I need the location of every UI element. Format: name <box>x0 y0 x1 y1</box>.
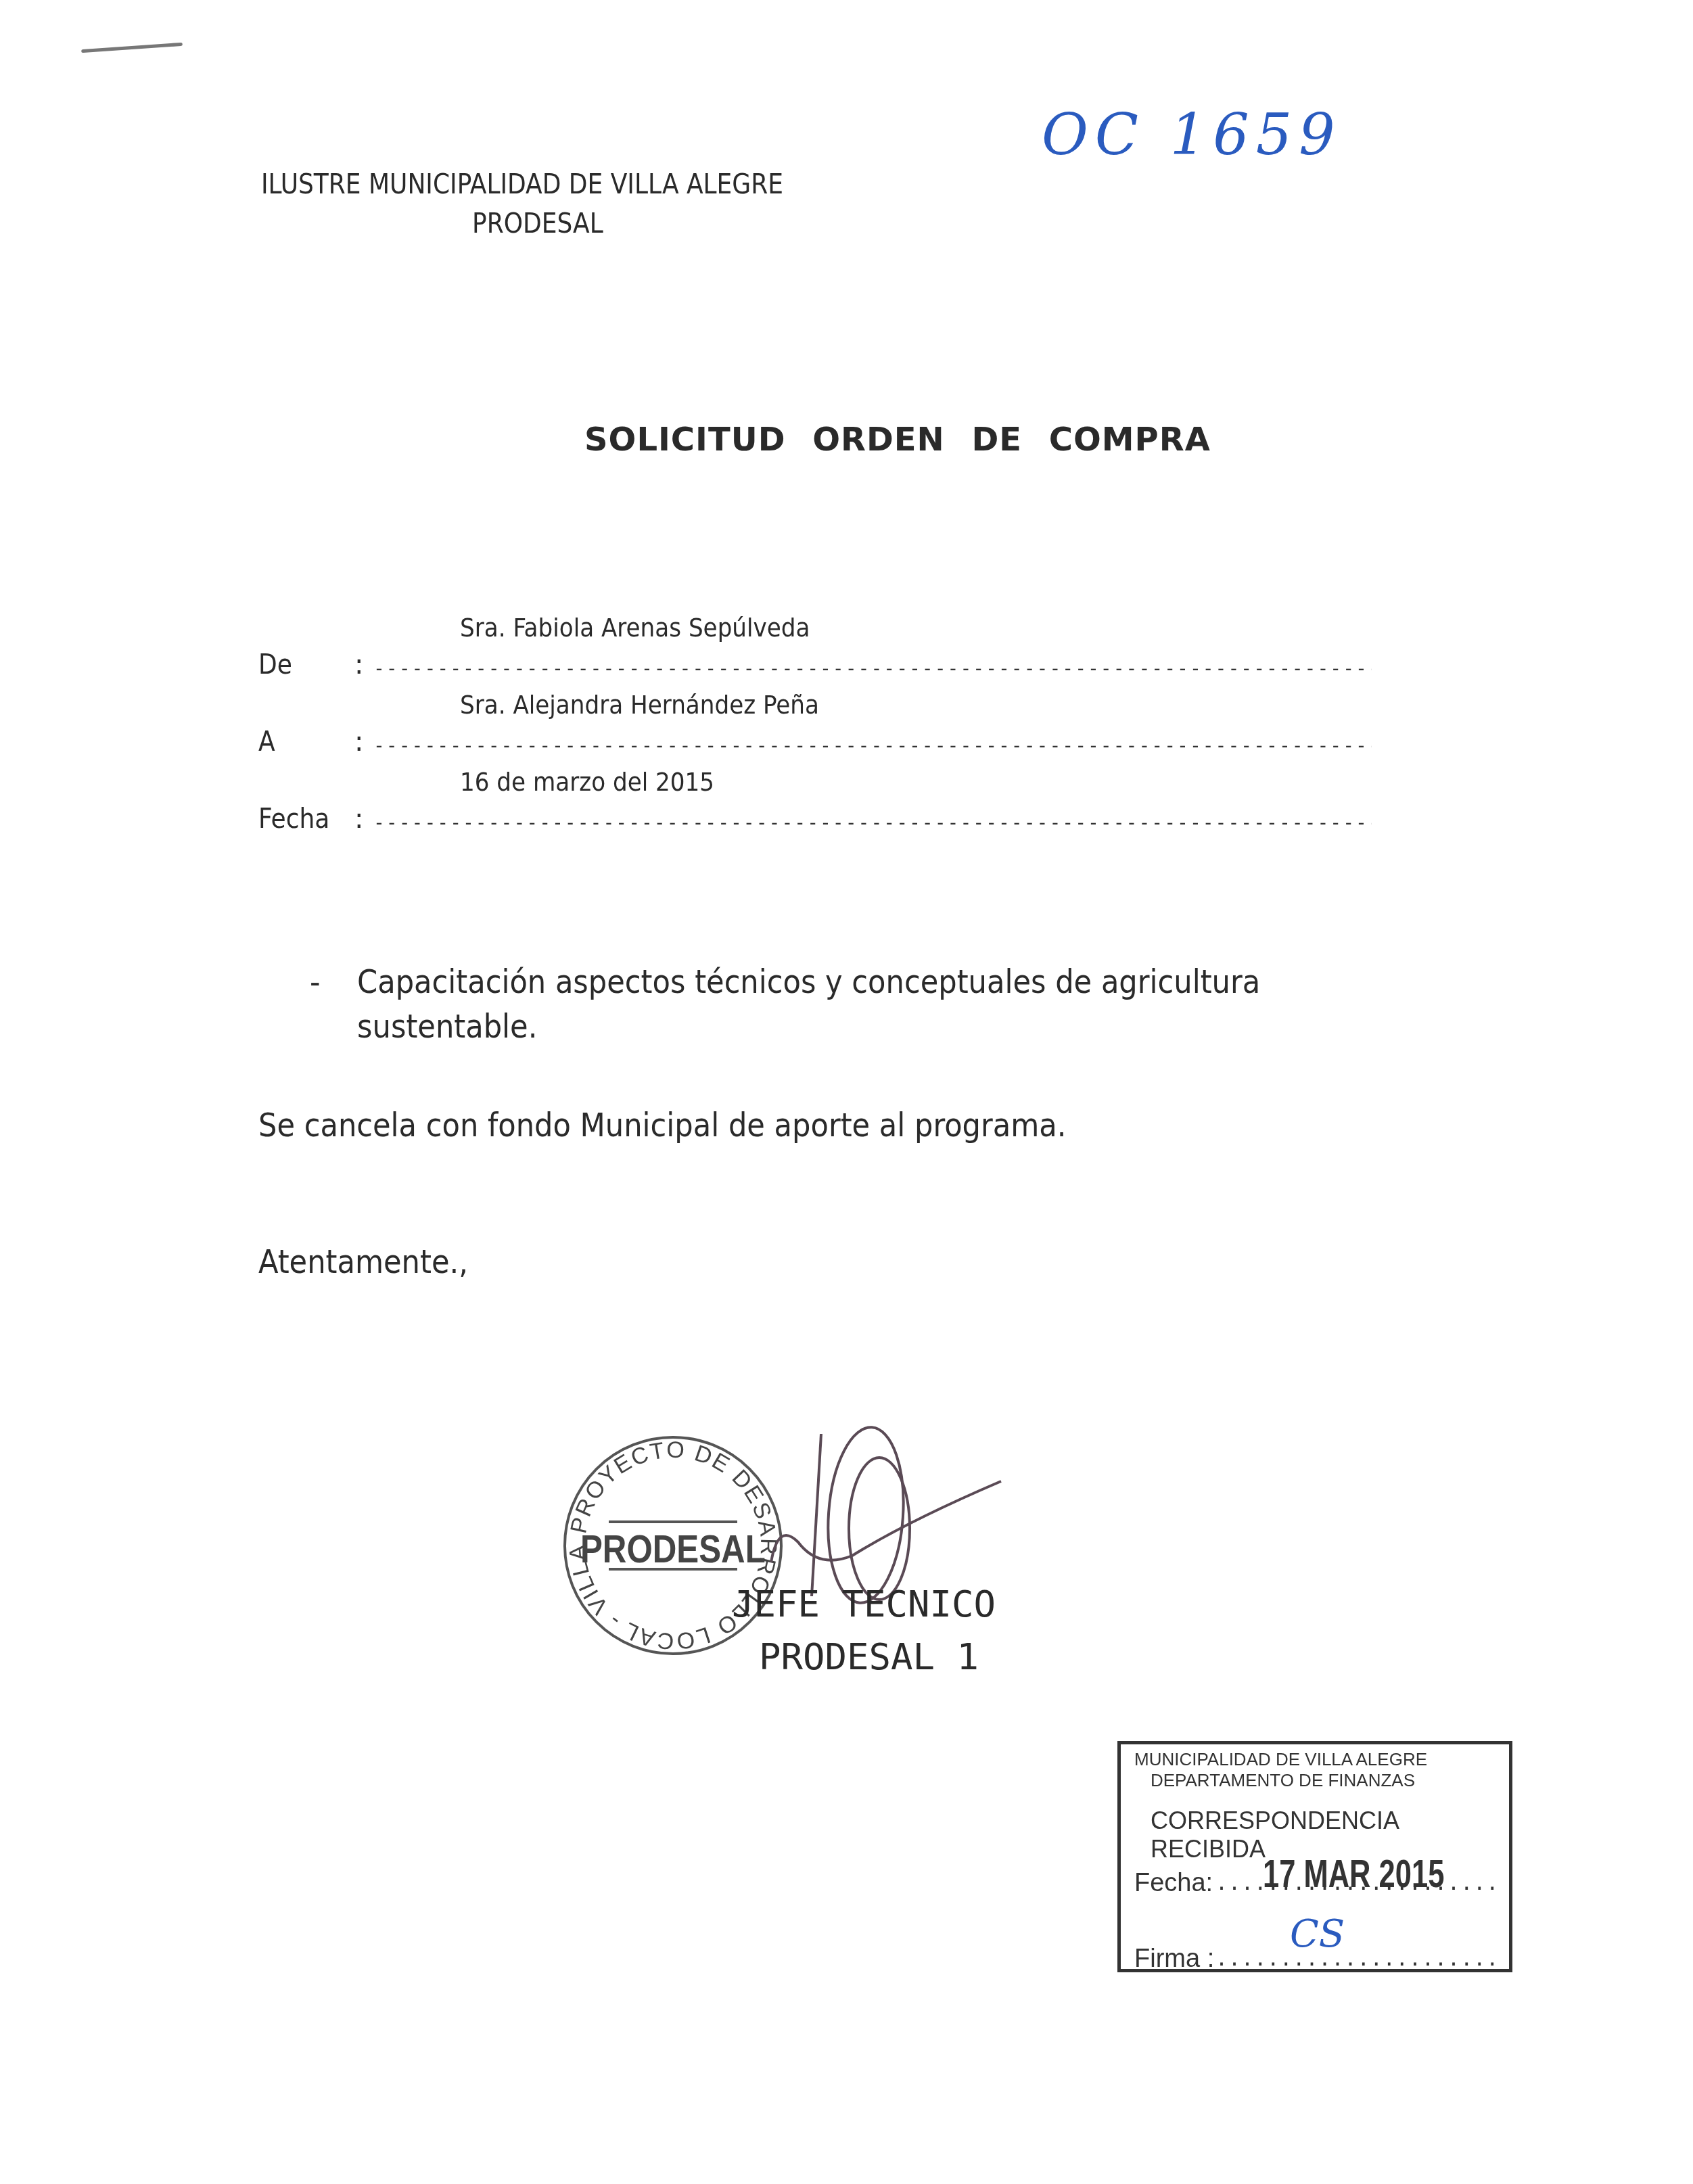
field-date-label: Fecha <box>258 804 329 835</box>
item-bullet: - <box>310 963 321 1001</box>
payment-note: Se cancela con fondo Municipal de aporte… <box>258 1107 1066 1144</box>
signatory-title: JEFE TECNICO <box>732 1583 996 1625</box>
closing: Atentamente., <box>258 1243 468 1281</box>
stamp-date-label: Fecha: <box>1134 1869 1213 1898</box>
stamp-department: DEPARTAMENTO DE FINANZAS <box>1151 1770 1415 1791</box>
header-program: PRODESAL <box>472 208 603 239</box>
field-date-value: 16 de marzo del 2015 <box>460 767 714 797</box>
field-from-value: Sra. Fabiola Arenas Sepúlveda <box>460 613 810 643</box>
field-to-label: A <box>258 726 275 758</box>
reception-stamp: MUNICIPALIDAD DE VILLA ALEGRE DEPARTAMEN… <box>1117 1741 1512 1972</box>
field-to-line: ----------------------------------------… <box>373 735 1372 757</box>
item-text-line2: sustentable. <box>357 1008 537 1046</box>
field-from-label: De <box>258 649 292 680</box>
field-from-sep: : <box>354 649 363 680</box>
item-text-line1: Capacitación aspectos técnicos y concept… <box>357 963 1260 1001</box>
handwritten-reference: OC 1659 <box>1042 101 1342 168</box>
field-to-value: Sra. Alejandra Hernández Peña <box>460 690 819 720</box>
field-to-sep: : <box>354 726 363 758</box>
stamp-initials: CS <box>1290 1912 1345 1956</box>
field-date-line: ----------------------------------------… <box>373 812 1372 834</box>
header-municipality: ILUSTRE MUNICIPALIDAD DE VILLA ALEGRE <box>261 169 783 200</box>
stamp-date-line: ................................ <box>1215 1872 1500 1895</box>
stamp-signature-line: ................................ <box>1215 1947 1500 1971</box>
field-from-line: ----------------------------------------… <box>373 657 1372 680</box>
page-title: SOLICITUD ORDEN DE COMPRA <box>584 421 1211 459</box>
stamp-signature-label: Firma : <box>1134 1945 1214 1974</box>
svg-text:PRODESAL: PRODESAL <box>580 1527 766 1571</box>
pen-mark <box>81 43 183 53</box>
stamp-municipality: MUNICIPALIDAD DE VILLA ALEGRE <box>1134 1750 1427 1769</box>
field-date-sep: : <box>354 804 363 835</box>
signatory-unit: PRODESAL 1 <box>759 1635 979 1678</box>
